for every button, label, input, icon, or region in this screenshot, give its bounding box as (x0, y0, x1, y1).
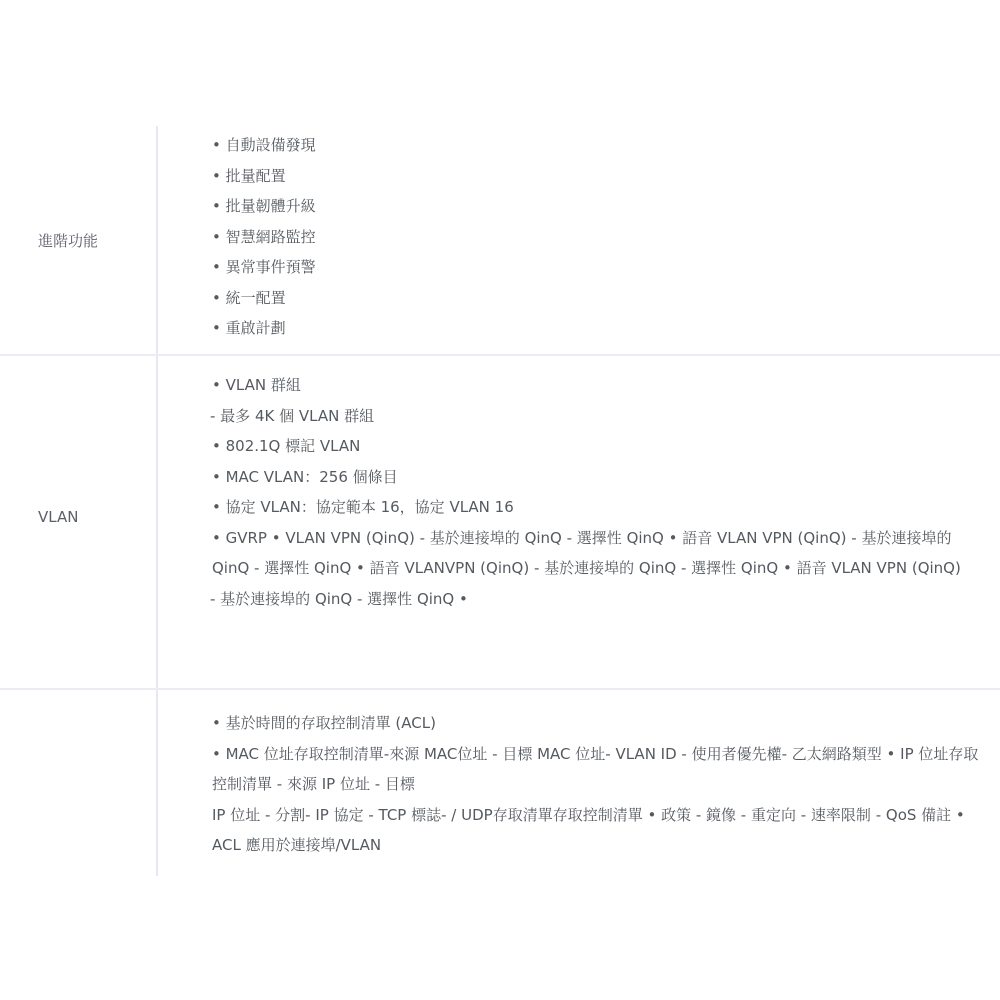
feature-item: • 重啟計劃 (212, 313, 988, 344)
spec-label: 進階功能 (0, 126, 158, 354)
spec-value: • VLAN 群組 - 最多 4K 個 VLAN 群組 • 802.1Q 標記 … (158, 356, 1000, 688)
feature-item: • MAC VLAN：256 個條目 (212, 462, 988, 493)
spec-row-vlan: VLAN • VLAN 群組 - 最多 4K 個 VLAN 群組 • 802.1… (0, 356, 1000, 690)
feature-item: • 異常事件預警 (212, 252, 988, 283)
feature-item: • 基於時間的存取控制清單 (ACL) (212, 708, 988, 739)
feature-item: • 協定 VLAN：協定範本 16，協定 VLAN 16 (212, 492, 988, 523)
feature-item: • 統一配置 (212, 283, 988, 314)
feature-subitem: - 最多 4K 個 VLAN 群組 (210, 401, 988, 432)
spec-row-advanced-features: 進階功能 • 自動設備發現 • 批量配置 • 批量韌體升級 • 智慧網路監控 •… (0, 126, 1000, 356)
feature-item: • 批量配置 (212, 161, 988, 192)
feature-item: • 802.1Q 標記 VLAN (212, 431, 988, 462)
feature-item: • VLAN 群組 (212, 370, 988, 401)
feature-item: • 批量韌體升級 (212, 191, 988, 222)
feature-item: • 自動設備發現 (212, 130, 988, 161)
spec-label: VLAN (0, 356, 158, 688)
feature-item: • 智慧網路監控 (212, 222, 988, 253)
spec-label (0, 690, 158, 876)
spec-value: • 自動設備發現 • 批量配置 • 批量韌體升級 • 智慧網路監控 • 異常事件… (158, 126, 1000, 354)
spec-value: • 基於時間的存取控制清單 (ACL) • MAC 位址存取控制清單-來源 MA… (158, 690, 1000, 876)
feature-item: • GVRP • VLAN VPN (QinQ) - 基於連接埠的 QinQ -… (212, 523, 988, 584)
feature-subitem: - 基於連接埠的 QinQ - 選擇性 QinQ • (210, 584, 988, 615)
spec-row-acl: • 基於時間的存取控制清單 (ACL) • MAC 位址存取控制清單-來源 MA… (0, 690, 1000, 876)
feature-item: IP 位址 - 分割- IP 協定 - TCP 標誌- / UDP存取清單存取控… (212, 800, 988, 861)
spec-table: 進階功能 • 自動設備發現 • 批量配置 • 批量韌體升級 • 智慧網路監控 •… (0, 126, 1000, 876)
feature-item: • MAC 位址存取控制清單-來源 MAC位址 - 目標 MAC 位址- VLA… (212, 739, 988, 800)
